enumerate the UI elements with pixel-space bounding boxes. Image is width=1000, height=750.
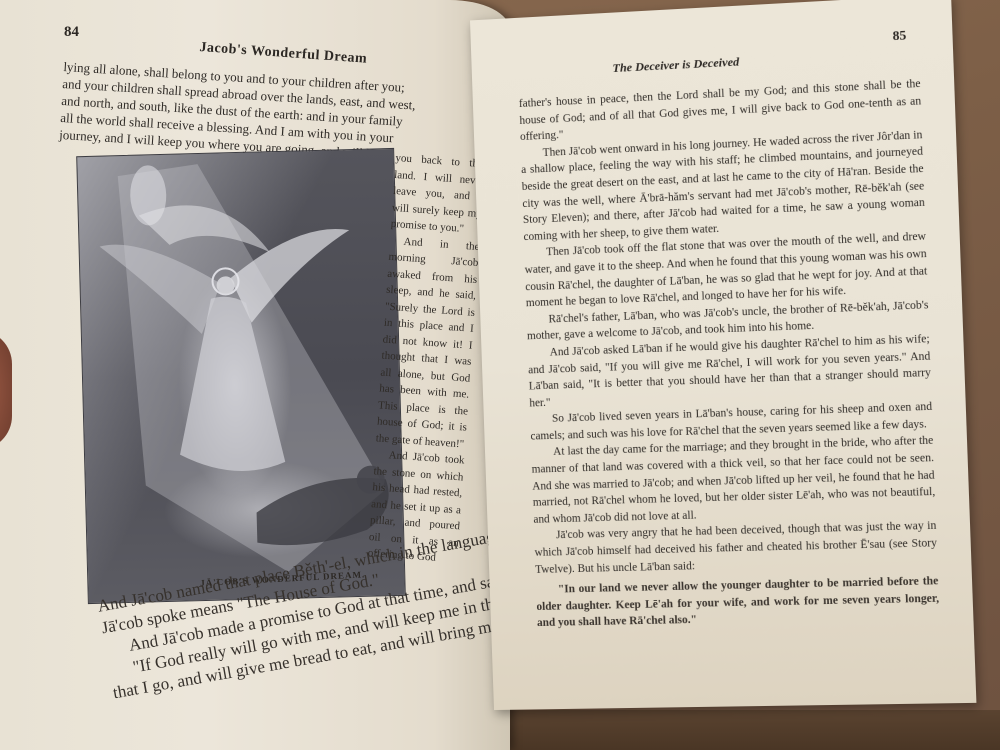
page-number: 84 bbox=[64, 24, 79, 41]
text-paragraph: And in the morning Jā'cob awaked from hi… bbox=[375, 232, 480, 452]
text-paragraph: you back to this land. I will never leav… bbox=[390, 150, 486, 239]
left-page: 84 Jacob's Wonderful Dream lying all alo… bbox=[0, 0, 510, 750]
right-page: 85 The Deceiver is Deceived father's hou… bbox=[470, 0, 976, 710]
angel-illustration bbox=[76, 148, 406, 604]
right-body-text: father's house in peace, then the Lord s… bbox=[519, 76, 940, 632]
running-head: Jacob's Wonderful Dream bbox=[199, 40, 368, 68]
text-paragraph: Then Jā'cob went onward in his long jour… bbox=[520, 127, 925, 246]
running-head: The Deceiver is Deceived bbox=[612, 54, 739, 76]
angel-dream-engraving-icon bbox=[77, 149, 405, 603]
text-paragraph: Jā'cob was very angry that he had been d… bbox=[534, 518, 938, 578]
page-number: 85 bbox=[892, 27, 906, 44]
quote-paragraph: "In our land we never allow the younger … bbox=[536, 573, 940, 632]
text-paragraph: At last the day came for the marriage; a… bbox=[531, 433, 936, 528]
text-paragraph: And Jā'cob asked Lā'ban if he would give… bbox=[527, 331, 931, 412]
